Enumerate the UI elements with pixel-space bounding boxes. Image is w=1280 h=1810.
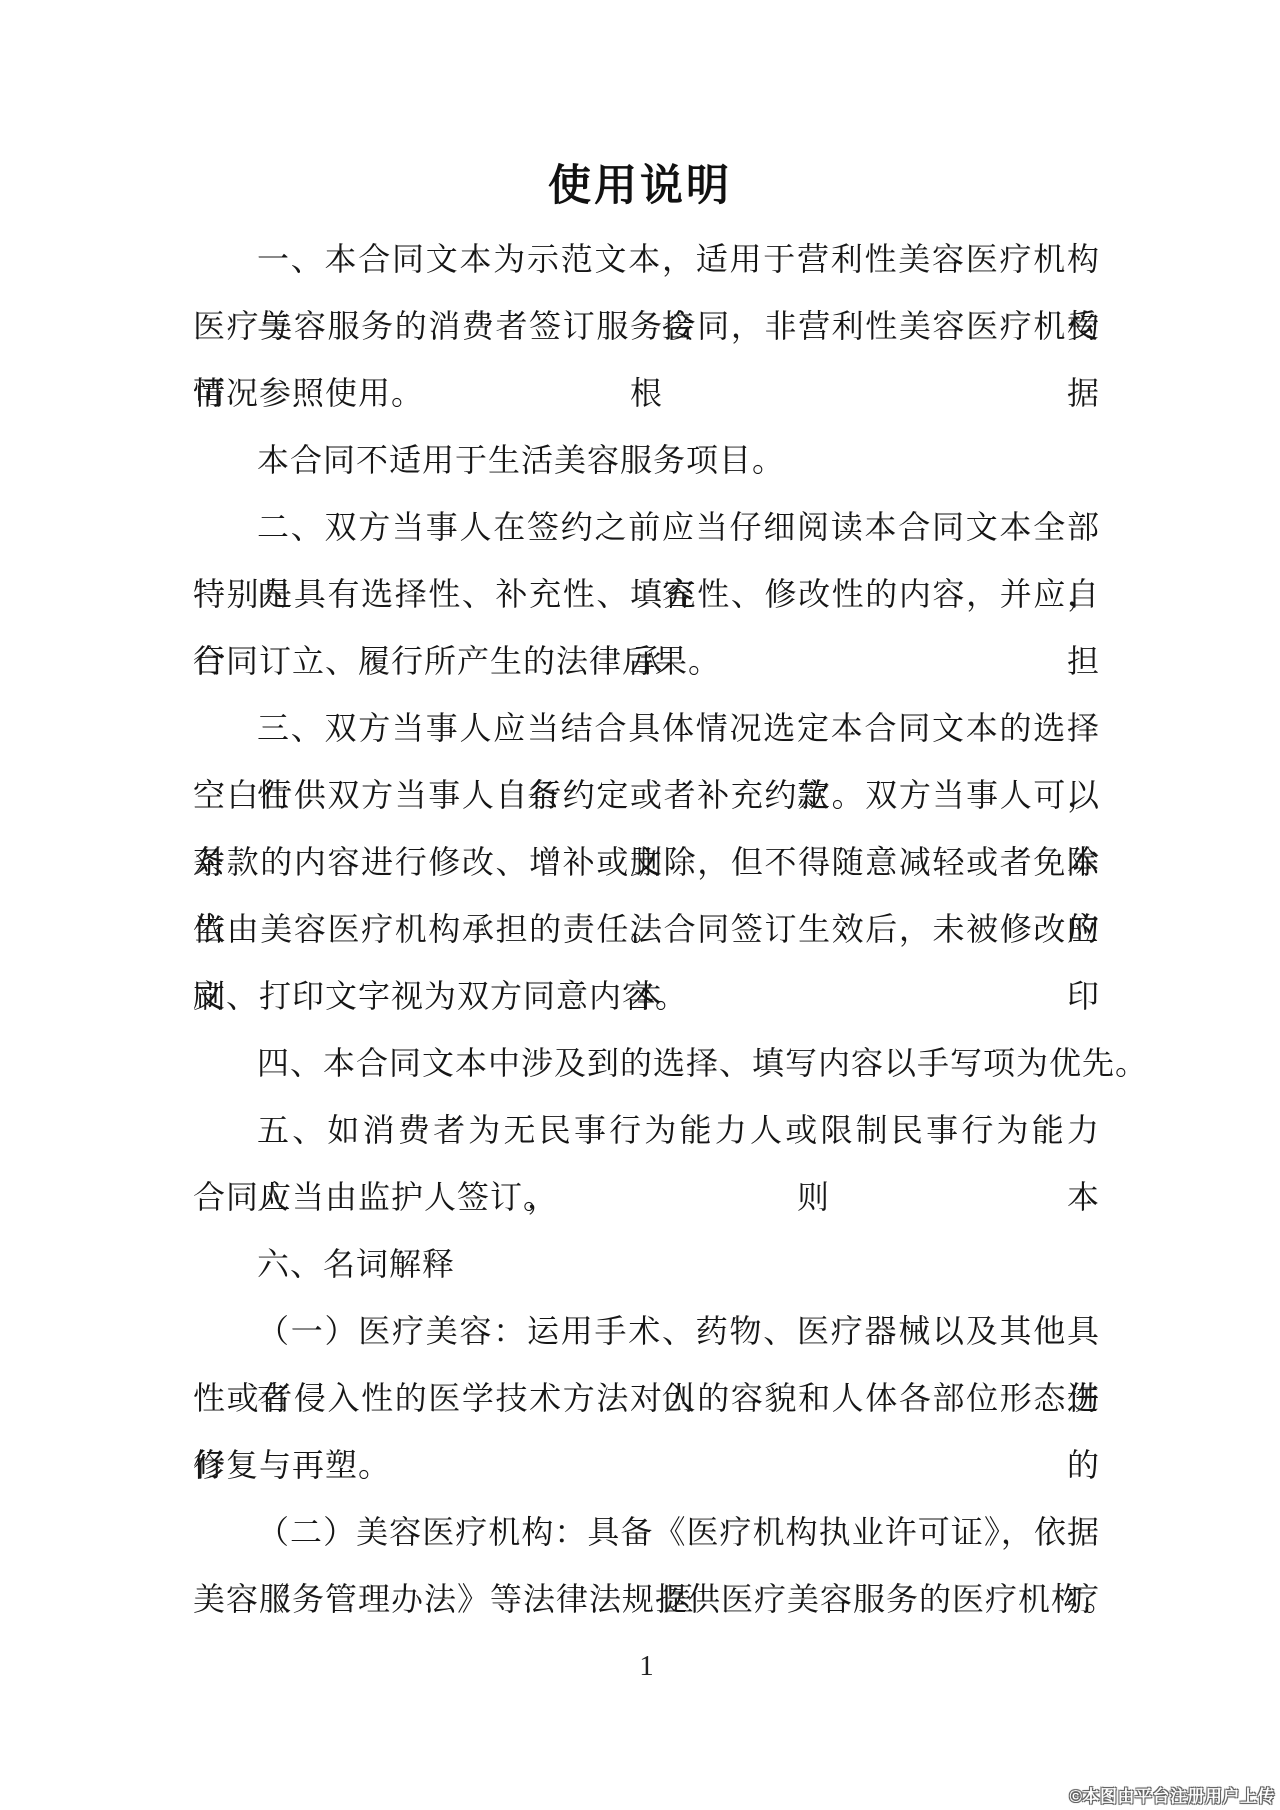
- text-line-10: 条款的内容进行修改、增补或删除，但不得随意减轻或者免除依法应: [193, 829, 1100, 896]
- document-title: 使用说明: [0, 152, 1280, 213]
- text-line-18: 性或者侵入性的医学技术方法对人的容貌和人体各部位形态进行的: [193, 1365, 1100, 1432]
- watermark-text: ©本图由平台注册用户上传: [1069, 1782, 1275, 1807]
- text-line-20: （二）美容医疗机构：具备《医疗机构执业许可证》，依据《医疗: [193, 1499, 1100, 1566]
- text-line-17: （一）医疗美容：运用手术、药物、医疗器械以及其他具有创伤: [193, 1298, 1100, 1365]
- text-line-13: 四、本合同文本中涉及到的选择、填写内容以手写项为优先。: [193, 1030, 1100, 1097]
- text-line-5: 二、双方当事人在签约之前应当仔细阅读本合同文本全部内容，: [193, 494, 1100, 561]
- text-line-8: 三、双方当事人应当结合具体情况选定本合同文本的选择性条款，: [193, 695, 1100, 762]
- text-line-1: 一、本合同文本为示范文本，适用于营利性美容医疗机构与接受: [193, 226, 1100, 293]
- document-page: 使用说明 一、本合同文本为示范文本，适用于营利性美容医疗机构与接受医疗美容服务的…: [0, 0, 1280, 1810]
- text-line-16: 六、名词解释: [193, 1231, 1100, 1298]
- text-line-21: 美容服务管理办法》等法律法规提供医疗美容服务的医疗机构。: [193, 1566, 1100, 1633]
- text-line-2: 医疗美容服务的消费者签订服务合同，非营利性美容医疗机构可根据: [193, 293, 1100, 360]
- text-line-6: 特别是具有选择性、补充性、填充性、修改性的内容，并应自行承担: [193, 561, 1100, 628]
- text-line-14: 五、如消费者为无民事行为能力人或限制民事行为能力人，则本: [193, 1097, 1100, 1164]
- text-line-9: 空白行供双方当事人自行约定或者补充约定。双方当事人可以对文本: [193, 762, 1100, 829]
- page-number: 1: [193, 1633, 1100, 1700]
- text-line-4: 本合同不适用于生活美容服务项目。: [193, 427, 1100, 494]
- document-body: 一、本合同文本为示范文本，适用于营利性美容医疗机构与接受医疗美容服务的消费者签订…: [193, 226, 1100, 1633]
- text-line-11: 当由美容医疗机构承担的责任。合同签订生效后，未被修改的文本印: [193, 896, 1100, 963]
